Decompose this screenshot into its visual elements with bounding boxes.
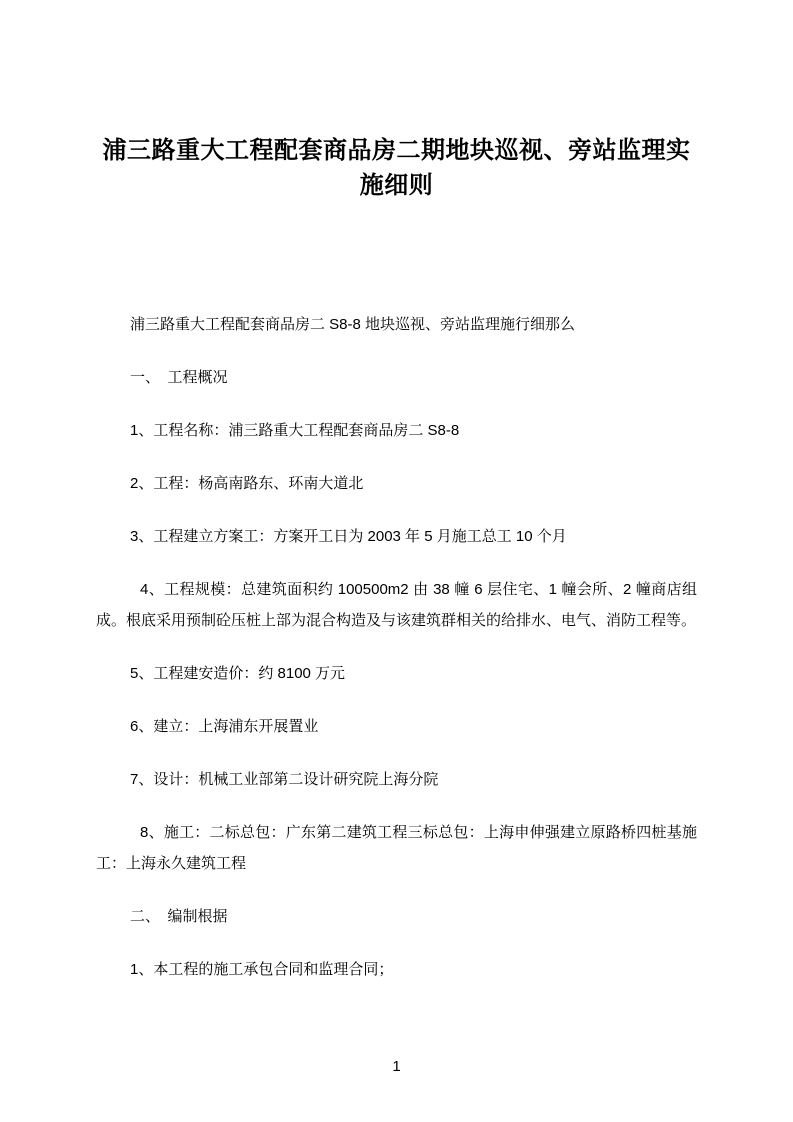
document-page: 浦三路重大工程配套商品房二期地块巡视、旁站监理实施细则 浦三路重大工程配套商品房…	[0, 0, 793, 1122]
paragraph: 1、工程名称：浦三路重大工程配套商品房二 S8-8	[96, 415, 697, 446]
paragraph: 8、施工：二标总包：广东第二建筑工程三标总包：上海申伸强建立原路桥四桩基施工：上…	[96, 817, 697, 879]
page-number: 1	[0, 1057, 793, 1077]
paragraph: 一、 工程概况	[96, 362, 697, 393]
paragraph: 3、工程建立方案工：方案开工日为 2003 年 5 月施工总工 10 个月	[96, 521, 697, 552]
paragraph: 6、建立：上海浦东开展置业	[96, 711, 697, 742]
paragraph: 5、工程建安造价：约 8100 万元	[96, 658, 697, 689]
paragraph: 2、工程：杨高南路东、环南大道北	[96, 468, 697, 499]
paragraph: 1、本工程的施工承包合同和监理合同；	[96, 954, 697, 985]
document-title: 浦三路重大工程配套商品房二期地块巡视、旁站监理实施细则	[96, 133, 697, 203]
document-body: 浦三路重大工程配套商品房二 S8-8 地块巡视、旁站监理施行细那么一、 工程概况…	[96, 309, 697, 985]
paragraph: 浦三路重大工程配套商品房二 S8-8 地块巡视、旁站监理施行细那么	[96, 309, 697, 340]
paragraph: 二、 编制根据	[96, 901, 697, 932]
paragraph: 7、设计：机械工业部第二设计研究院上海分院	[96, 764, 697, 795]
paragraph: 4、工程规模：总建筑面积约 100500m2 由 38 幢 6 层住宅、1 幢会…	[96, 574, 697, 636]
